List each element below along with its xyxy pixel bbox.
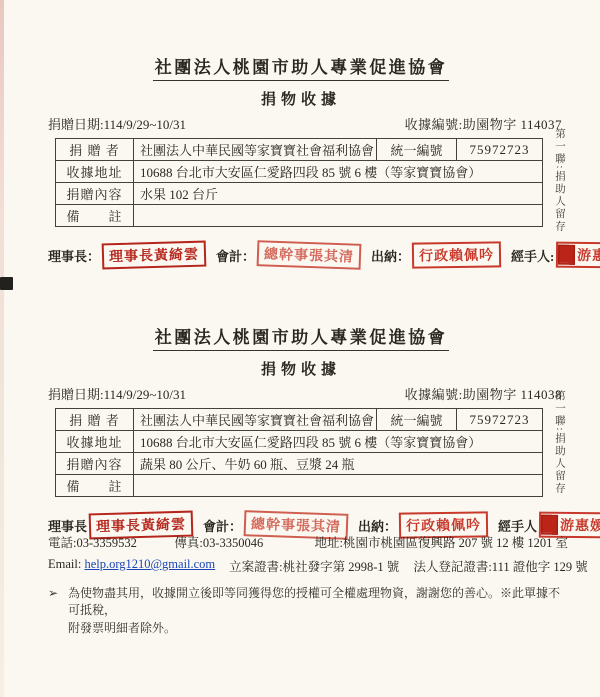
table-row-donor: 捐 贈 者 社團法人中華民國等家寶寶社會福利協會 統一編號 75972723	[56, 409, 543, 431]
address-label: 收據地址	[56, 161, 134, 183]
receipt-table: 捐 贈 者 社團法人中華民國等家寶寶社會福利協會 統一編號 75972723 收…	[55, 138, 543, 227]
contact-footer: 電話:03-3359532 傳真:03-3350046 地址:桃園市桃園區復興路…	[40, 531, 568, 637]
tax-id-value: 75972723	[457, 139, 543, 161]
handler-stamp: 游惠媛	[556, 242, 600, 269]
donor-value: 社團法人中華民國等家寶寶社會福利協會	[134, 139, 377, 161]
office-address: 地址:桃園市桃園區復興路 207 號 12 樓 1201 室	[315, 533, 568, 551]
address-value: 10688 台北市大安區仁愛路四段 85 號 6 樓（等家寶寶協會）	[134, 431, 543, 453]
donor-label: 捐 贈 者	[56, 409, 134, 431]
scan-edge-artifact	[0, 0, 4, 697]
handler-label: 經手人:	[511, 246, 554, 265]
corporate-certificate: 法人登記證書:111 證他字 129 號	[413, 557, 587, 575]
handler-stamp-name: 游惠媛	[577, 245, 600, 265]
address-label: 收據地址	[56, 431, 134, 453]
table-row-donor: 捐 贈 者 社團法人中華民國等家寶寶社會福利協會 統一編號 75972723	[56, 139, 543, 161]
donation-receipt-2: 社團法人桃園市助人專業促進協會 捐物收據 捐贈日期:114/9/29~10/31…	[40, 323, 562, 538]
official-seal-icon	[558, 245, 575, 265]
table-row-content: 捐贈內容 水果 102 台斤	[56, 183, 543, 205]
table-row-remarks: 備 註	[56, 475, 543, 497]
disclaimer-note: ➢ 為使物盡其用，收據開立後即等同獲得您的授權可全權處理物資，謝謝您的善心。※此…	[40, 585, 568, 637]
chairman-stamp: 理事長黃綺雲	[102, 241, 207, 270]
chairman-label: 理事長：	[48, 246, 100, 265]
remarks-value	[134, 475, 543, 497]
phone-number: 電話:03-3359532	[48, 533, 174, 551]
scanned-donation-receipts-page: { "page": { "paper_color": "#faf8f1", "s…	[0, 0, 600, 697]
email-link[interactable]: help.org1210@gmail.com	[84, 557, 215, 575]
copy-retention-note: 第一聯:捐助人留存	[552, 128, 567, 233]
content-value: 蔬果 80 公斤、牛奶 60 瓶、豆漿 24 瓶	[134, 453, 543, 475]
organization-title: 社團法人桃園市助人專業促進協會	[153, 323, 450, 351]
table-row-remarks: 備 註	[56, 205, 543, 227]
tax-id-label: 統一編號	[377, 139, 457, 161]
remarks-value	[134, 205, 543, 227]
email-label: Email:	[48, 557, 81, 575]
accountant-stamp: 總幹事張其清	[257, 240, 362, 270]
table-row-address: 收據地址 10688 台北市大安區仁愛路四段 85 號 6 樓（等家寶寶協會）	[56, 431, 543, 453]
disclaimer-line2: 附發票明細者除外。	[48, 620, 568, 637]
registration-certificate: 立案證書:桃社發字第 2998-1 號	[229, 557, 399, 575]
organization-title: 社團法人桃園市助人專業促進協會	[153, 53, 450, 81]
donation-date: 捐贈日期:114/9/29~10/31	[48, 384, 186, 403]
signature-row: 理事長： 理事長黃綺雲 會計： 總幹事張其清 出納： 行政賴佩吟 經手人: 游惠…	[40, 242, 562, 268]
receipt-number: 收據編號:助園物字 114038	[405, 384, 562, 403]
cashier-label: 出納：	[371, 246, 410, 265]
cashier-stamp: 行政賴佩吟	[412, 241, 501, 268]
content-value: 水果 102 台斤	[134, 183, 543, 205]
tax-id-value: 75972723	[457, 409, 543, 431]
arrow-bullet-icon: ➢	[48, 585, 68, 620]
donor-label: 捐 贈 者	[56, 139, 134, 161]
receipt-number: 收據編號:助園物字 114037	[405, 114, 562, 133]
tax-id-label: 統一編號	[377, 409, 457, 431]
address-value: 10688 台北市大安區仁愛路四段 85 號 6 樓（等家寶寶協會）	[134, 161, 543, 183]
fax-number: 傳真:03-3350046	[174, 533, 314, 551]
disclaimer-line1: 為使物盡其用，收據開立後即等同獲得您的授權可全權處理物資，謝謝您的善心。※此單據…	[68, 585, 568, 620]
table-row-address: 收據地址 10688 台北市大安區仁愛路四段 85 號 6 樓（等家寶寶協會）	[56, 161, 543, 183]
document-title: 捐物收據	[40, 88, 562, 109]
document-title: 捐物收據	[40, 358, 562, 379]
accountant-label: 會計：	[216, 246, 255, 265]
remarks-label: 備 註	[56, 205, 134, 227]
remarks-label: 備 註	[56, 475, 134, 497]
donation-date: 捐贈日期:114/9/29~10/31	[48, 114, 186, 133]
content-label: 捐贈內容	[56, 453, 134, 475]
copy-retention-note: 第一聯:捐助人留存	[552, 390, 567, 495]
table-row-content: 捐贈內容 蔬果 80 公斤、牛奶 60 瓶、豆漿 24 瓶	[56, 453, 543, 475]
content-label: 捐贈內容	[56, 183, 134, 205]
donor-value: 社團法人中華民國等家寶寶社會福利協會	[134, 409, 377, 431]
receipt-table: 捐 贈 者 社團法人中華民國等家寶寶社會福利協會 統一編號 75972723 收…	[55, 408, 543, 497]
scan-registration-mark	[0, 277, 13, 290]
donation-receipt-1: 社團法人桃園市助人專業促進協會 捐物收據 捐贈日期:114/9/29~10/31…	[40, 53, 562, 268]
